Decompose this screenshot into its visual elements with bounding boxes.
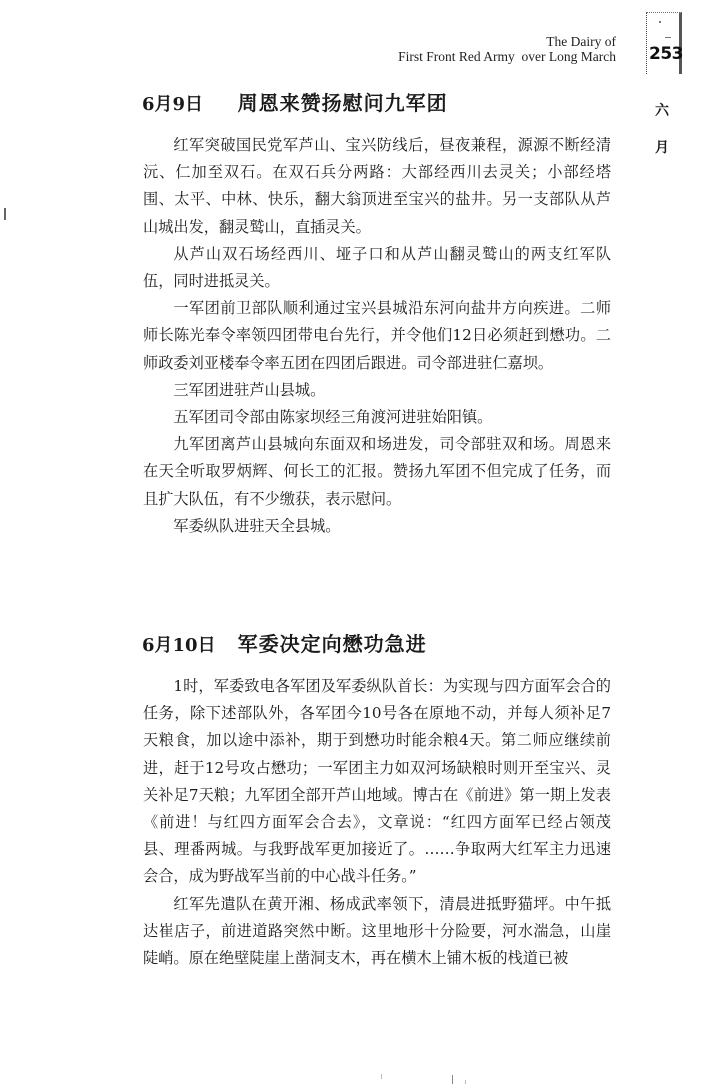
entry-body-june-9: 红军突破国民党军芦山、宝兴防线后，昼夜兼程，源源不断经清沅、仁加至双石。在双石兵… bbox=[143, 132, 611, 540]
paragraph: 红军突破国民党军芦山、宝兴防线后，昼夜兼程，源源不断经清沅、仁加至双石。在双石兵… bbox=[143, 132, 611, 241]
paragraph: 从芦山双石场经西川、垭子口和从芦山翻灵鹫山的两支红军队伍，同时进抵灵关。 bbox=[143, 241, 611, 295]
paragraph: 三军团进驻芦山县城。 bbox=[143, 377, 611, 404]
page-number: 253 bbox=[649, 44, 683, 64]
paragraph: 1时，军委致电各军团及军委纵队首长：为实现与四方面军会合的任务，除下述部队外，各… bbox=[143, 673, 611, 891]
paragraph: 红军先遣队在黄开湘、杨成武率领下，清晨进抵野猫坪。中午抵达崔店子，前进道路突然中… bbox=[143, 891, 611, 973]
running-head-line2: First Front Red Army over Long March bbox=[398, 49, 616, 64]
paragraph: 五军团司令部由陈家坝经三角渡河进驻始阳镇。 bbox=[143, 404, 611, 431]
entry-body-june-10: 1时，军委致电各军团及军委纵队首长：为实现与四方面军会合的任务，除下述部队外，各… bbox=[143, 673, 611, 972]
paragraph: 军委纵队进驻天全县城。 bbox=[143, 513, 611, 540]
entry-heading-june-9: 6月9日 周恩来赞扬慰问九军团 bbox=[142, 87, 448, 116]
scan-speck bbox=[659, 21, 661, 23]
month-char-2: 月 bbox=[650, 141, 674, 178]
month-vertical-label: 六 月 bbox=[650, 104, 674, 178]
entry-heading-june-10: 6月10日 军委决定向懋功急进 bbox=[142, 628, 427, 657]
scan-bottom-mark bbox=[381, 1074, 382, 1079]
paragraph: 九军团离芦山县城向东面双和场进发，司令部驻双和场。周恩来在天全听取罗炳辉、何长工… bbox=[143, 431, 611, 513]
scan-speck bbox=[665, 37, 671, 38]
running-head: The Dairy of First Front Red Army over L… bbox=[398, 34, 616, 64]
month-char-1: 六 bbox=[650, 104, 674, 141]
scan-bottom-mark bbox=[452, 1075, 453, 1084]
scan-bottom-mark bbox=[465, 1080, 466, 1084]
paragraph: 一军团前卫部队顺利通过宝兴县城沿东河向盐井方向疾进。二师师长陈光奉令率领四团带电… bbox=[143, 295, 611, 377]
entry-title: 周恩来赞扬慰问九军团 bbox=[238, 91, 448, 115]
scan-margin-mark bbox=[4, 208, 6, 220]
entry-date: 6月9日 bbox=[142, 90, 232, 116]
page-number-tab: 253 bbox=[646, 12, 682, 74]
entry-title: 军委决定向懋功急进 bbox=[238, 632, 427, 656]
entry-date: 6月10日 bbox=[142, 631, 232, 657]
running-head-line1: The Dairy of bbox=[398, 34, 616, 49]
